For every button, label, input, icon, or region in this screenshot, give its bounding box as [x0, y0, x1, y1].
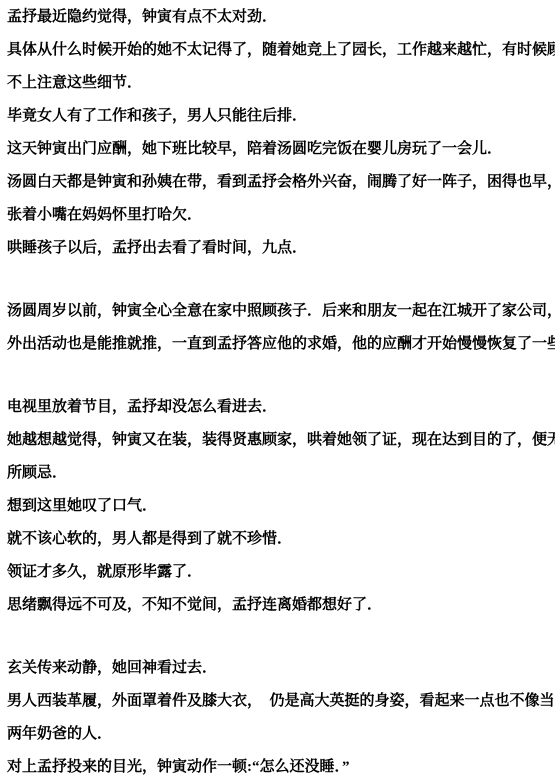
text-line: 电视里放着节目，孟抒却没怎么看进去． — [7, 391, 555, 424]
text-line: 外出活动也是能推就推，一直到孟抒答应他的求婚，他的应酬才开始慢慢恢复了一些． — [7, 328, 555, 361]
text-line: 具体从什么时候开始的她不太记得了，随着她竞上了园长，工作越来越忙，有时候顾 — [7, 34, 555, 67]
text-line: 领证才多久，就原形毕露了． — [7, 556, 555, 589]
novel-text-page: 孟抒最近隐约觉得，钟寅有点不太对劲．具体从什么时候开始的她不太记得了，随着她竞上… — [0, 0, 560, 776]
text-line: 男人西装革履，外面罩着件及膝大衣， 仍是高大英挺的身姿，看起来一点也不像当了 — [7, 685, 555, 718]
text-line: 这天钟寅出门应酬，她下班比较早，陪着汤圆吃完饭在婴儿房玩了一会儿． — [7, 133, 555, 166]
text-line: 毕竟女人有了工作和孩子，男人只能往后排． — [7, 100, 555, 133]
text-line: 两年奶爸的人． — [7, 718, 555, 751]
text-line: 汤圆白天都是钟寅和孙姨在带，看到孟抒会格外兴奋，闹腾了好一阵子，困得也早， — [7, 166, 555, 199]
text-line: 想到这里她叹了口气． — [7, 490, 555, 523]
text-line: 她越想越觉得，钟寅又在装，装得贤惠顾家，哄着她领了证，现在达到目的了，便无 — [7, 424, 555, 457]
text-line: 不上注意这些细节． — [7, 67, 555, 100]
text-line: 对上孟抒投来的目光，钟寅动作一顿:“怎么还没睡．” — [7, 751, 555, 776]
text-line: 就不该心软的，男人都是得到了就不珍惜． — [7, 523, 555, 556]
text-line: 玄关传来动静，她回神看过去． — [7, 652, 555, 685]
text-line: 孟抒最近隐约觉得，钟寅有点不太对劲． — [7, 1, 555, 34]
text-line: 哄睡孩子以后，孟抒出去看了看时间，九点． — [7, 232, 555, 265]
text-line: 思绪飘得远不可及，不知不觉间，孟抒连离婚都想好了． — [7, 589, 555, 622]
text-line: 所顾忌． — [7, 457, 555, 490]
text-line: 张着小嘴在妈妈怀里打哈欠． — [7, 199, 555, 232]
text-line: 汤圆周岁以前，钟寅全心全意在家中照顾孩子．后来和朋友一起在江城开了家公司， — [7, 295, 555, 328]
